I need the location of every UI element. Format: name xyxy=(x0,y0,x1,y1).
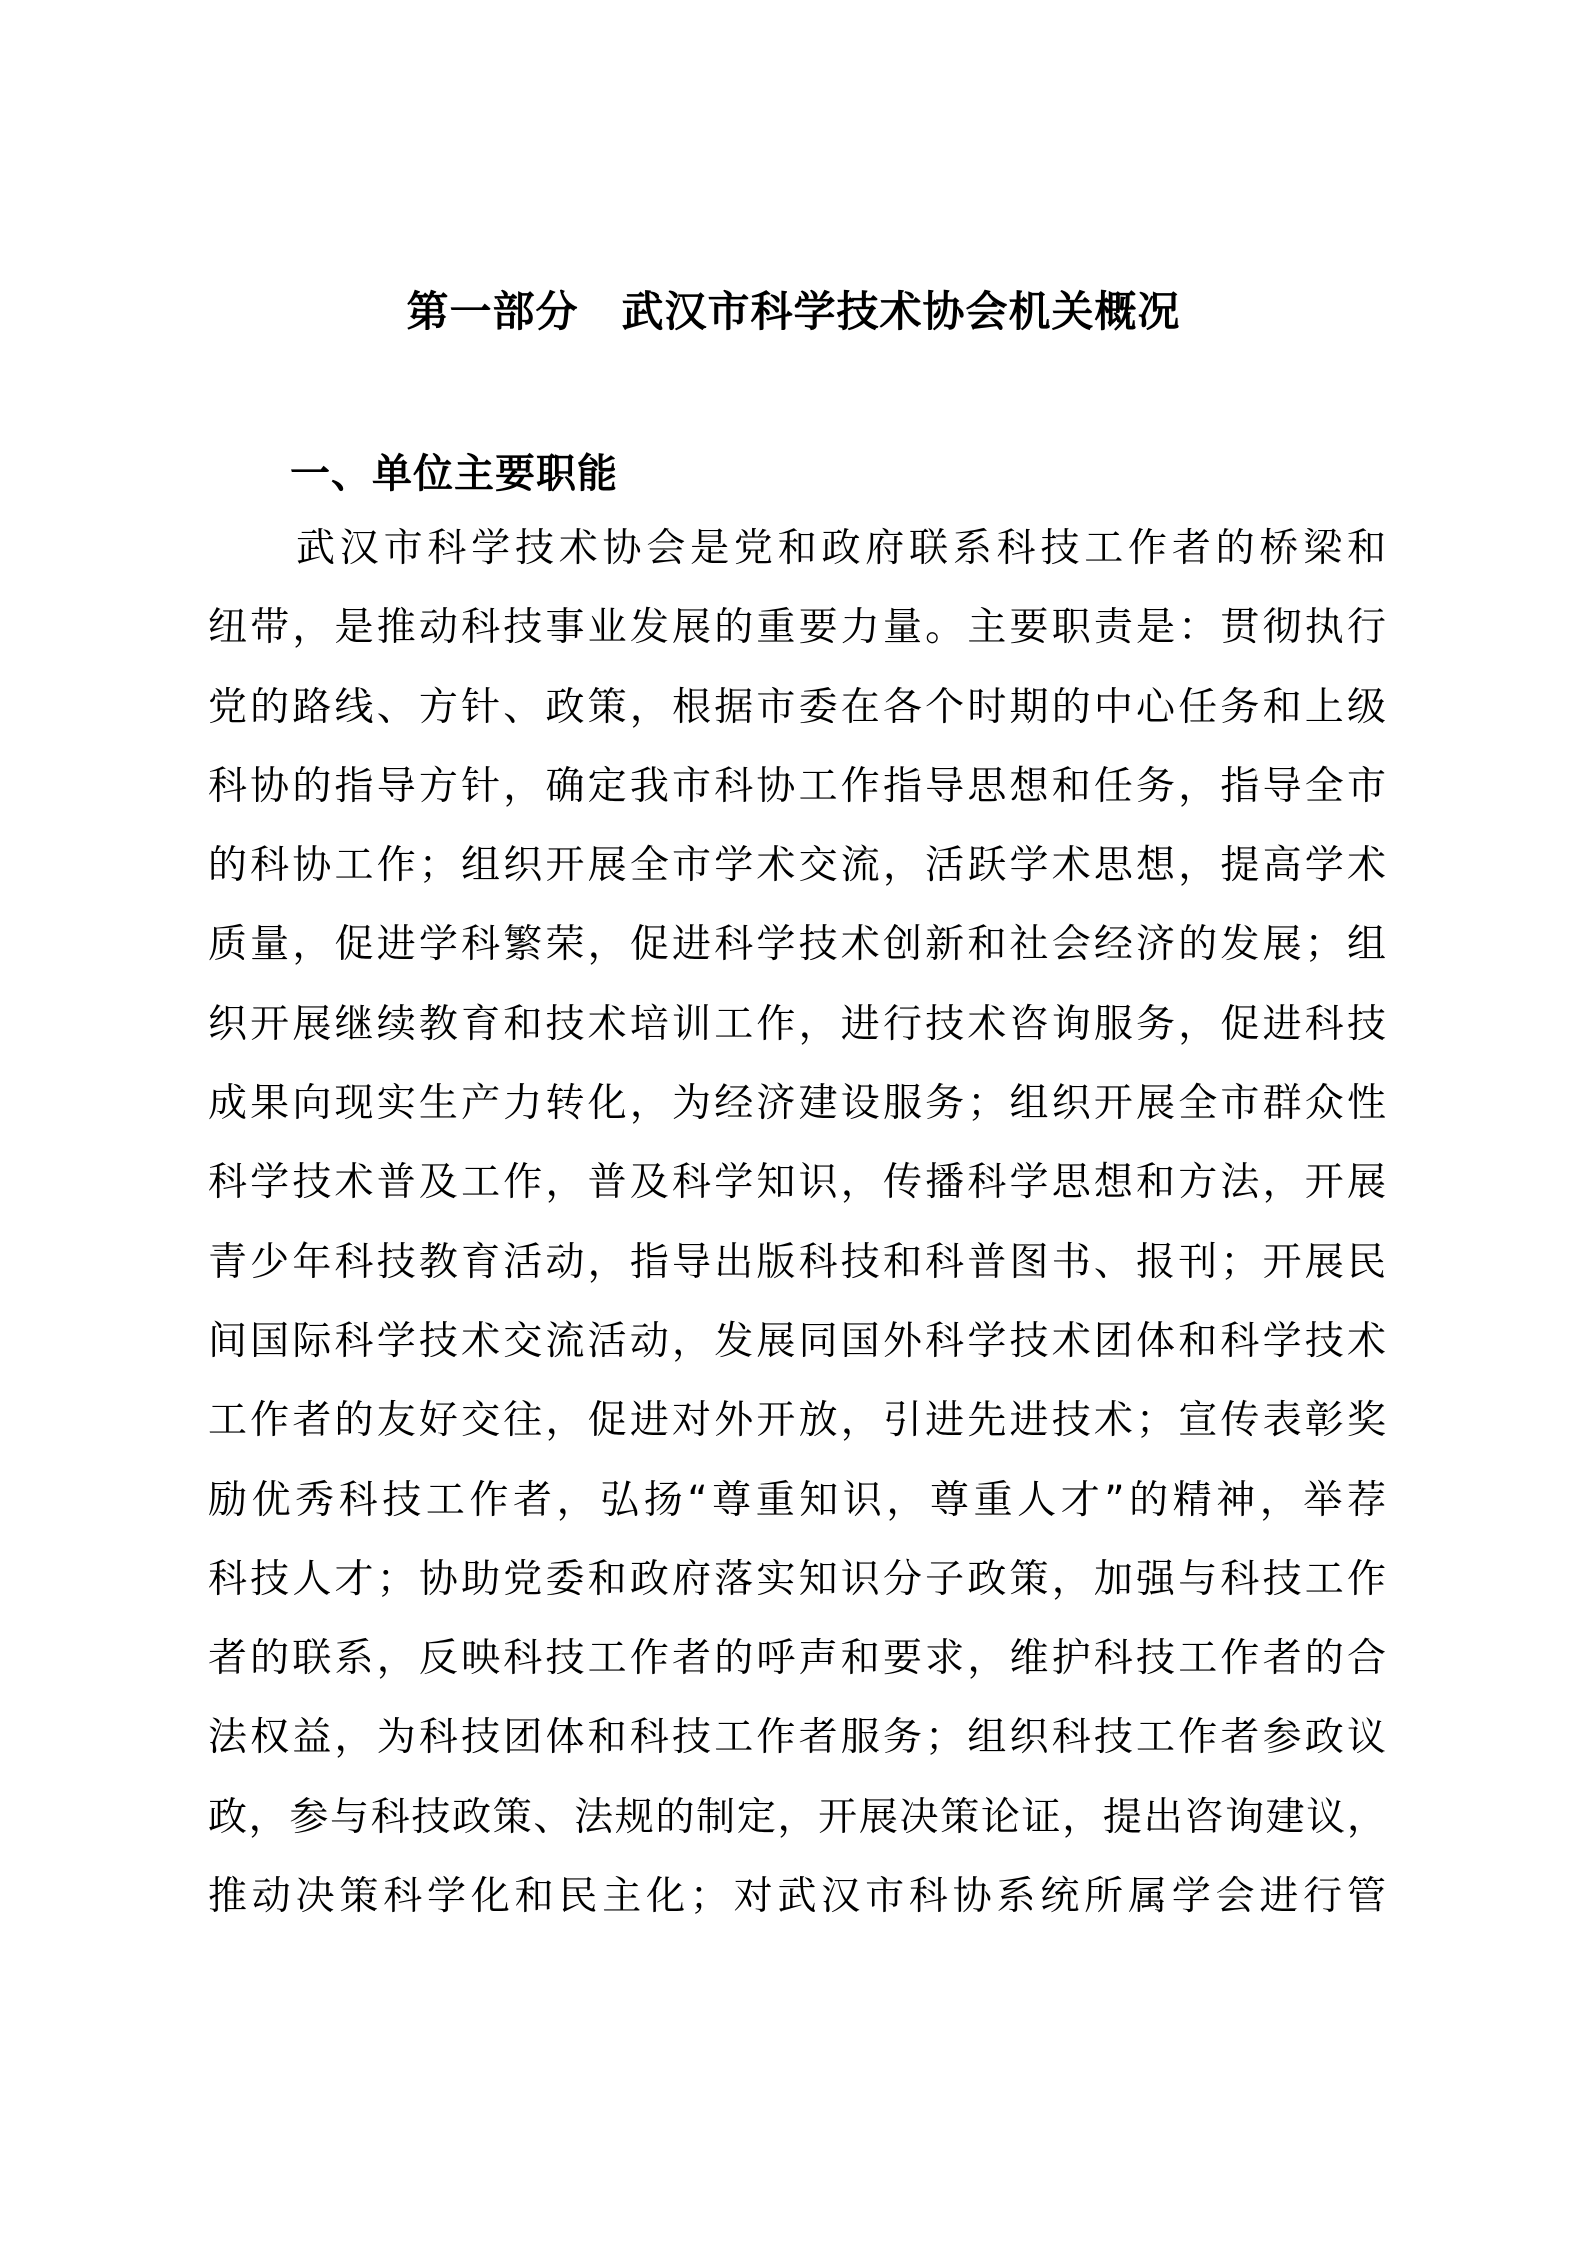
paragraph-line: 科学技术普及工作，普及科学知识，传播科学思想和方法，开展 xyxy=(208,1153,1386,1232)
paragraph-line: 成果向现实生产力转化，为经济建设服务；组织开展全市群众性 xyxy=(208,1074,1386,1153)
paragraph-line: 科技人才；协助党委和政府落实知识分子政策，加强与科技工作 xyxy=(208,1550,1386,1629)
paragraph-line: 工作者的友好交往，促进对外开放，引进先进技术；宣传表彰奖 xyxy=(208,1391,1386,1470)
paragraph-line: 者的联系，反映科技工作者的呼声和要求，维护科技工作者的合 xyxy=(208,1629,1386,1708)
section-heading: 一、单位主要职能 xyxy=(290,446,618,502)
paragraph-line: 科协的指导方针，确定我市科协工作指导思想和任务，指导全市 xyxy=(208,757,1386,836)
paragraph-line: 推动决策科学化和民主化；对武汉市科协系统所属学会进行管 xyxy=(208,1867,1386,1946)
paragraph-line: 青少年科技教育活动，指导出版科技和科普图书、报刊；开展民 xyxy=(208,1233,1386,1312)
paragraph-line: 政，参与科技政策、法规的制定，开展决策论证，提出咨询建议， xyxy=(208,1788,1386,1867)
paragraph-line: 质量，促进学科繁荣，促进科学技术创新和社会经济的发展；组 xyxy=(208,915,1386,994)
paragraph-line: 织开展继续教育和技术培训工作，进行技术咨询服务，促进科技 xyxy=(208,995,1386,1074)
body-paragraph: 武汉市科学技术协会是党和政府联系科技工作者的桥梁和 纽带，是推动科技事业发展的重… xyxy=(208,519,1386,1946)
paragraph-line: 纽带，是推动科技事业发展的重要力量。主要职责是：贯彻执行 xyxy=(208,598,1386,677)
part-title: 第一部分 武汉市科学技术协会机关概况 xyxy=(0,282,1587,342)
paragraph-line: 武汉市科学技术协会是党和政府联系科技工作者的桥梁和 xyxy=(208,519,1386,598)
paragraph-line: 的科协工作；组织开展全市学术交流，活跃学术思想，提高学术 xyxy=(208,836,1386,915)
paragraph-line: 法权益，为科技团体和科技工作者服务；组织科技工作者参政议 xyxy=(208,1708,1386,1787)
document-page: 第一部分 武汉市科学技术协会机关概况 一、单位主要职能 武汉市科学技术协会是党和… xyxy=(0,0,1587,2245)
paragraph-line: 间国际科学技术交流活动，发展同国外科学技术团体和科学技术 xyxy=(208,1312,1386,1391)
paragraph-line: 励优秀科技工作者，弘扬“尊重知识，尊重人才”的精神，举荐 xyxy=(208,1471,1386,1550)
paragraph-line: 党的路线、方针、政策，根据市委在各个时期的中心任务和上级 xyxy=(208,678,1386,757)
